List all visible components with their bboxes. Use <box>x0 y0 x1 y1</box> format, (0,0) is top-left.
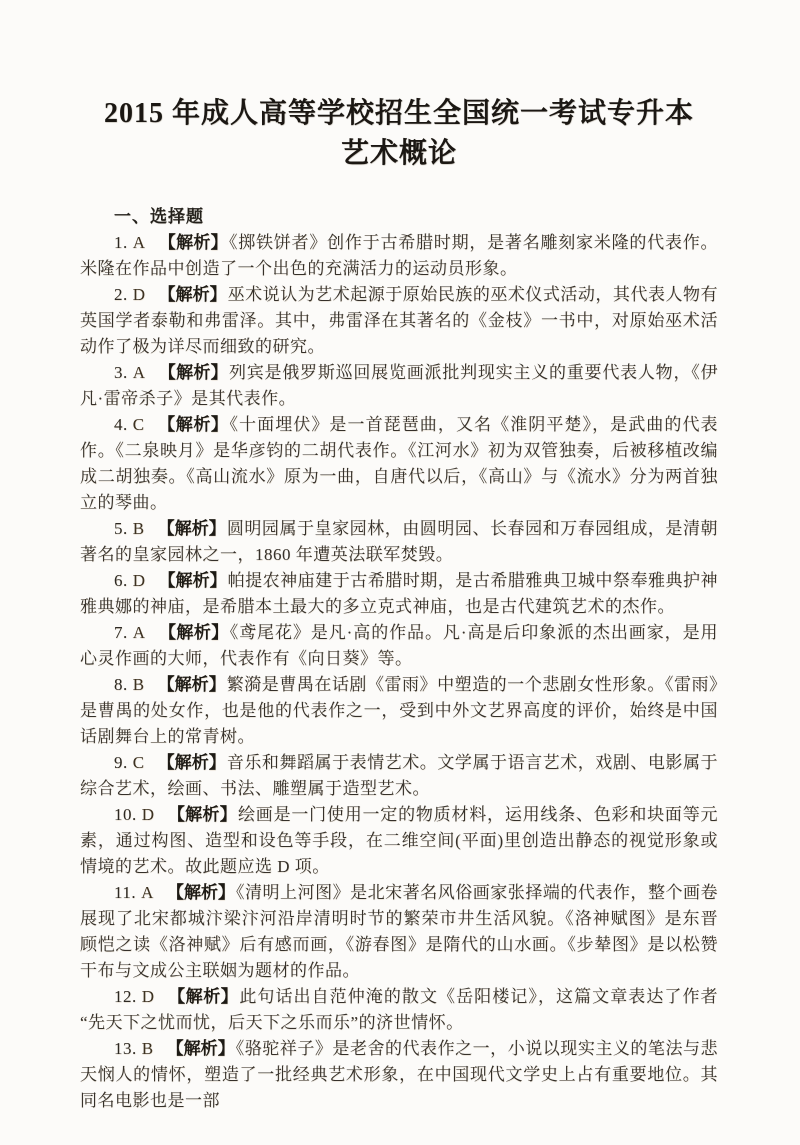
analysis-label: 【解析】 <box>158 415 229 434</box>
scanned-exam-page: 2015 年成人高等学校招生全国统一考试专升本 艺术概论 一、选择题 1.A【解… <box>0 0 800 1145</box>
item-number: 4. <box>114 415 128 434</box>
answer-item: 1.A【解析】《掷铁饼者》创作于古希腊时期，是著名雕刻家米隆的代表作。米隆在作品… <box>80 230 718 282</box>
answer-item: 13.B【解析】《骆驼祥子》是老舍的代表作之一，小说以现实主义的笔法与悲天悯人的… <box>80 1036 718 1114</box>
item-answer: C <box>133 415 145 434</box>
item-answer: C <box>133 753 145 772</box>
answer-item: 7.A【解析】《鸢尾花》是凡·高的作品。凡·高是后印象派的杰出画家，是用心灵作画… <box>80 620 718 672</box>
answer-item: 5.B【解析】圆明园属于皇家园林，由圆明园、长春园和万春园组成，是清朝著名的皇家… <box>80 516 718 568</box>
item-answer: B <box>133 519 145 538</box>
page-title-line2: 艺术概论 <box>80 134 718 174</box>
answer-item: 6.D【解析】帕提农神庙建于古希腊时期，是古希腊雅典卫城中祭奉雅典护神雅典娜的神… <box>80 568 718 620</box>
item-answer: A <box>133 623 146 642</box>
item-number: 6. <box>114 571 128 590</box>
answer-item: 9.C【解析】音乐和舞蹈属于表情艺术。文学属于语言艺术，戏剧、电影属于综合艺术，… <box>80 750 718 802</box>
answer-item: 10.D【解析】绘画是一门使用一定的物质材料，运用线条、色彩和块面等元素，通过构… <box>80 802 718 880</box>
item-number: 5. <box>114 519 128 538</box>
analysis-label: 【解析】 <box>159 623 229 642</box>
item-number: 13. <box>114 1039 137 1058</box>
answer-item: 4.C【解析】《十面埋伏》是一首琵琶曲，又名《淮阴平楚》，是武曲的代表作。《二泉… <box>80 412 718 516</box>
item-answer: A <box>141 883 154 902</box>
analysis-label: 【解析】 <box>168 987 239 1006</box>
item-number: 2. <box>114 285 128 304</box>
item-answer: D <box>142 805 155 824</box>
answer-list: 1.A【解析】《掷铁饼者》创作于古希腊时期，是著名雕刻家米隆的代表作。米隆在作品… <box>80 230 718 1114</box>
item-number: 3. <box>114 363 128 382</box>
analysis-label: 【解析】 <box>159 285 227 304</box>
item-number: 12. <box>114 987 137 1006</box>
item-number: 1. <box>114 233 128 252</box>
analysis-label: 【解析】 <box>159 363 228 382</box>
analysis-label: 【解析】 <box>167 1039 235 1058</box>
item-number: 9. <box>114 753 128 772</box>
item-number: 8. <box>114 675 128 694</box>
item-number: 11. <box>114 883 136 902</box>
page-title-line1: 2015 年成人高等学校招生全国统一考试专升本 <box>80 94 718 134</box>
answer-item: 8.B【解析】繁漪是曹禺在话剧《雷雨》中塑造的一个悲剧女性形象。《雷雨》是曹禺的… <box>80 672 718 750</box>
analysis-label: 【解析】 <box>158 753 226 772</box>
item-answer: A <box>133 363 146 382</box>
item-answer: D <box>133 571 146 590</box>
item-answer: D <box>133 285 146 304</box>
analysis-label: 【解析】 <box>167 883 235 902</box>
answer-item: 3.A【解析】列宾是俄罗斯巡回展览画派批判现实主义的重要代表人物，《伊凡·雷帝杀… <box>80 360 718 412</box>
analysis-label: 【解析】 <box>168 805 237 824</box>
item-answer: B <box>133 675 145 694</box>
analysis-label: 【解析】 <box>159 233 228 252</box>
answer-item: 12.D【解析】此句话出自范仲淹的散文《岳阳楼记》，这篇文章表达了作者“先天下之… <box>80 984 718 1036</box>
analysis-label: 【解析】 <box>158 519 226 538</box>
analysis-label: 【解析】 <box>158 675 226 694</box>
item-number: 10. <box>114 805 137 824</box>
item-number: 7. <box>114 623 128 642</box>
item-answer: B <box>142 1039 154 1058</box>
answer-item: 11.A【解析】《清明上河图》是北宋著名风俗画家张择端的代表作，整个画卷展现了北… <box>80 880 718 984</box>
answer-item: 2.D【解析】巫术说认为艺术起源于原始民族的巫术仪式活动，其代表人物有英国学者泰… <box>80 282 718 360</box>
section-heading: 一、选择题 <box>80 204 718 230</box>
item-answer: D <box>142 987 155 1006</box>
item-answer: A <box>133 233 146 252</box>
analysis-label: 【解析】 <box>159 571 227 590</box>
